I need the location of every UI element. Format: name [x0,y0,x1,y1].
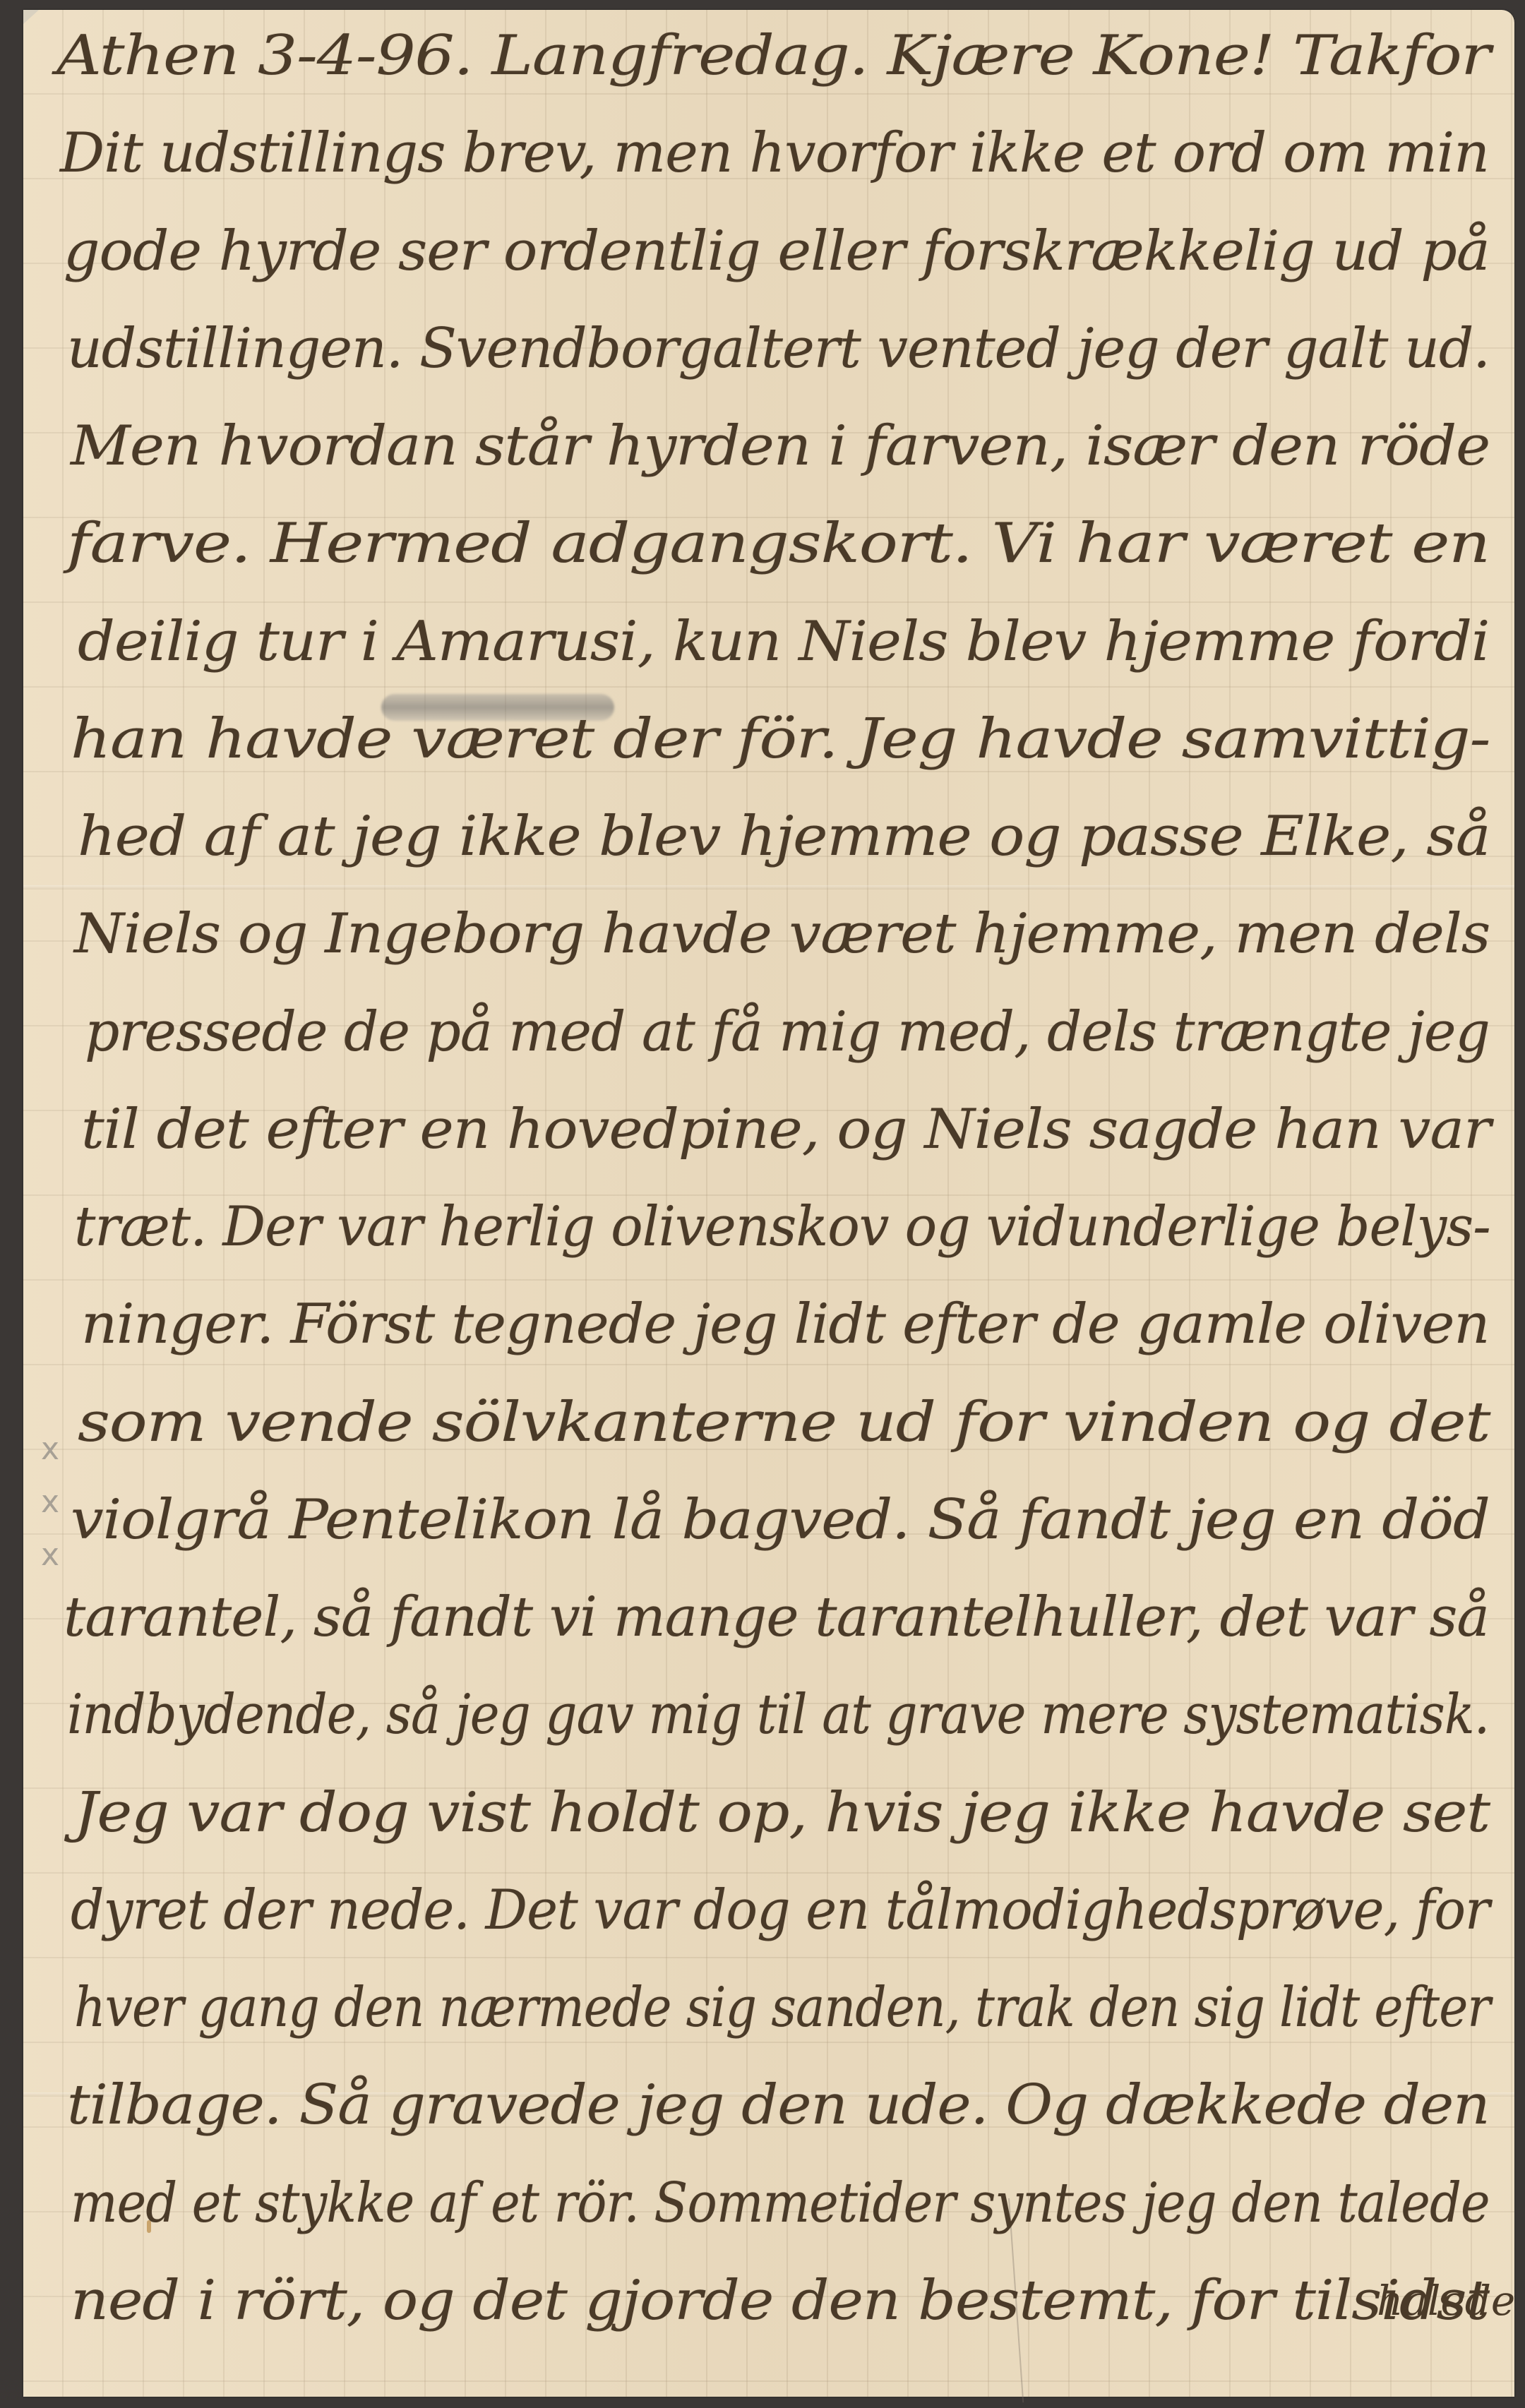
letter-line-1-date-salutation: Athen 3-4-96. Langfredag. Kjære Kone! Ta… [56,28,1490,83]
letter-line: dyret der nede. Det var dog en tålmodigh… [71,1883,1490,1938]
letter-line: violgrå Pentelikon lå bagved. Så fandt j… [71,1492,1490,1547]
letter-line: hver gang den nærmede sig sanden, trak d… [74,1980,1490,2035]
letter-line: indbydende, så jeg gav mig til at grave … [67,1687,1489,1742]
letter-line: træt. Der var herlig olivenskov og vidun… [74,1199,1490,1254]
letter-line: gode hyrde ser ordentlig eller forskrækk… [64,224,1490,279]
letter-line: farve. Hermed adgangskort. Vi har været … [67,516,1490,571]
letter-line: udstillingen. Svendborgaltert vented jeg… [67,321,1490,376]
letter-line: han havde været der för. Jeg havde samvi… [71,712,1490,767]
margin-mark: x [41,1422,69,1475]
interlinear-correction: halede [1377,2277,1515,2325]
letter-line: tilbage. Så gravede jeg den ude. Og dækk… [67,2078,1490,2133]
letter-line: Dit udstillings brev, men hvorfor ikke e… [60,126,1489,181]
margin-cross-marks: x x x [41,1422,69,1578]
letter-line: ned i rört, og det gjorde den bestemt, f… [71,2273,1489,2328]
torn-corner [23,10,39,24]
letter-line: ninger. Först tegnede jeg lidt efter de … [81,1297,1489,1352]
letter-line: tarantel, så fandt vi mange tarantelhull… [64,1590,1489,1645]
letter-line: deilig tur i Amarusi, kun Niels blev hje… [78,614,1489,669]
letter-line: Niels og Ingeborg havde været hjemme, me… [74,906,1490,962]
letter-line: som vende sölvkanterne ud for vinden og … [78,1395,1490,1450]
letter-line: til det efter en hovedpine, og Niels sag… [81,1102,1490,1157]
letter-line: med et stykke af et rör. Sommetider synt… [71,2176,1490,2231]
letter-line: Men hvordan står hyrden i farven, især d… [71,419,1490,474]
letter-line: Jeg var dog vist holdt op, hvis jeg ikke… [74,1785,1490,1840]
letter-line: hed af at jeg ikke blev hjemme og passe … [78,809,1490,864]
letter-line: pressede de på med at få mig med, dels t… [85,1005,1490,1060]
margin-mark: x [41,1528,69,1581]
margin-mark: x [41,1475,69,1528]
paper-fold-crease [23,885,1514,889]
